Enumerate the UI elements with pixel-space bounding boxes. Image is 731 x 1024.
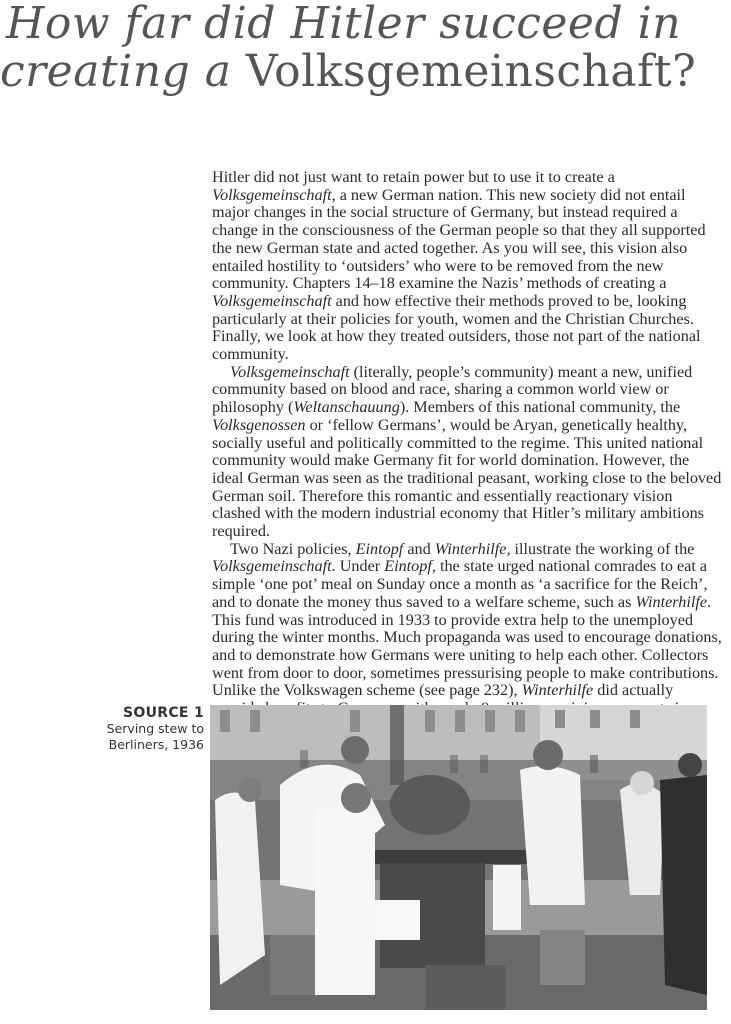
italic-term: Winterhilfe bbox=[522, 681, 594, 699]
italic-term: Volksgemeinschaft bbox=[212, 186, 332, 204]
source-caption-line-1: Serving stew to bbox=[80, 721, 204, 737]
italic-term: Eintopf bbox=[384, 557, 432, 575]
photo-illustration bbox=[210, 705, 707, 1010]
title-line-1: How far did Hitler succeed in bbox=[6, 0, 681, 49]
text-run: or ‘fellow Germans’, would be Aryan, gen… bbox=[212, 416, 721, 540]
italic-term: Volksgenossen bbox=[212, 416, 306, 434]
source-caption-line-2: Berliners, 1936 bbox=[80, 737, 204, 753]
title-line-2: creating a Volksgemeinschaft? bbox=[0, 48, 731, 96]
italic-term: Volksgemeinschaft bbox=[212, 557, 332, 575]
source-photo bbox=[210, 705, 707, 1010]
body-text: Hitler did not just want to retain power… bbox=[212, 169, 724, 736]
title-line-2-italic: creating a bbox=[0, 46, 231, 97]
text-run: , illustrate the working of the bbox=[506, 540, 694, 558]
italic-term: Eintopf bbox=[356, 540, 404, 558]
source-label: SOURCE 1 bbox=[80, 705, 204, 721]
body-paragraph: Volksgemeinschaft (literally, people’s c… bbox=[212, 364, 724, 541]
source-caption: SOURCE 1 Serving stew to Berliners, 1936 bbox=[80, 705, 204, 753]
italic-term: Winterhilfe bbox=[635, 593, 707, 611]
text-run: ). Members of this national community, t… bbox=[400, 398, 680, 416]
italic-term: Winterhilfe bbox=[435, 540, 507, 558]
italic-term: Volksgemeinschaft bbox=[212, 292, 332, 310]
title-line-2-roman: Volksgemeinschaft? bbox=[231, 46, 696, 97]
italic-term: Weltanschauung bbox=[293, 398, 399, 416]
page-title: How far did Hitler succeed in creating a… bbox=[6, 0, 731, 96]
text-run: . Under bbox=[332, 557, 385, 575]
body-paragraph: Hitler did not just want to retain power… bbox=[212, 169, 724, 364]
italic-term: Volksgemeinschaft bbox=[230, 363, 350, 381]
text-run: Hitler did not just want to retain power… bbox=[212, 168, 615, 186]
text-run: and bbox=[403, 540, 434, 558]
text-run: Two Nazi policies, bbox=[230, 540, 356, 558]
